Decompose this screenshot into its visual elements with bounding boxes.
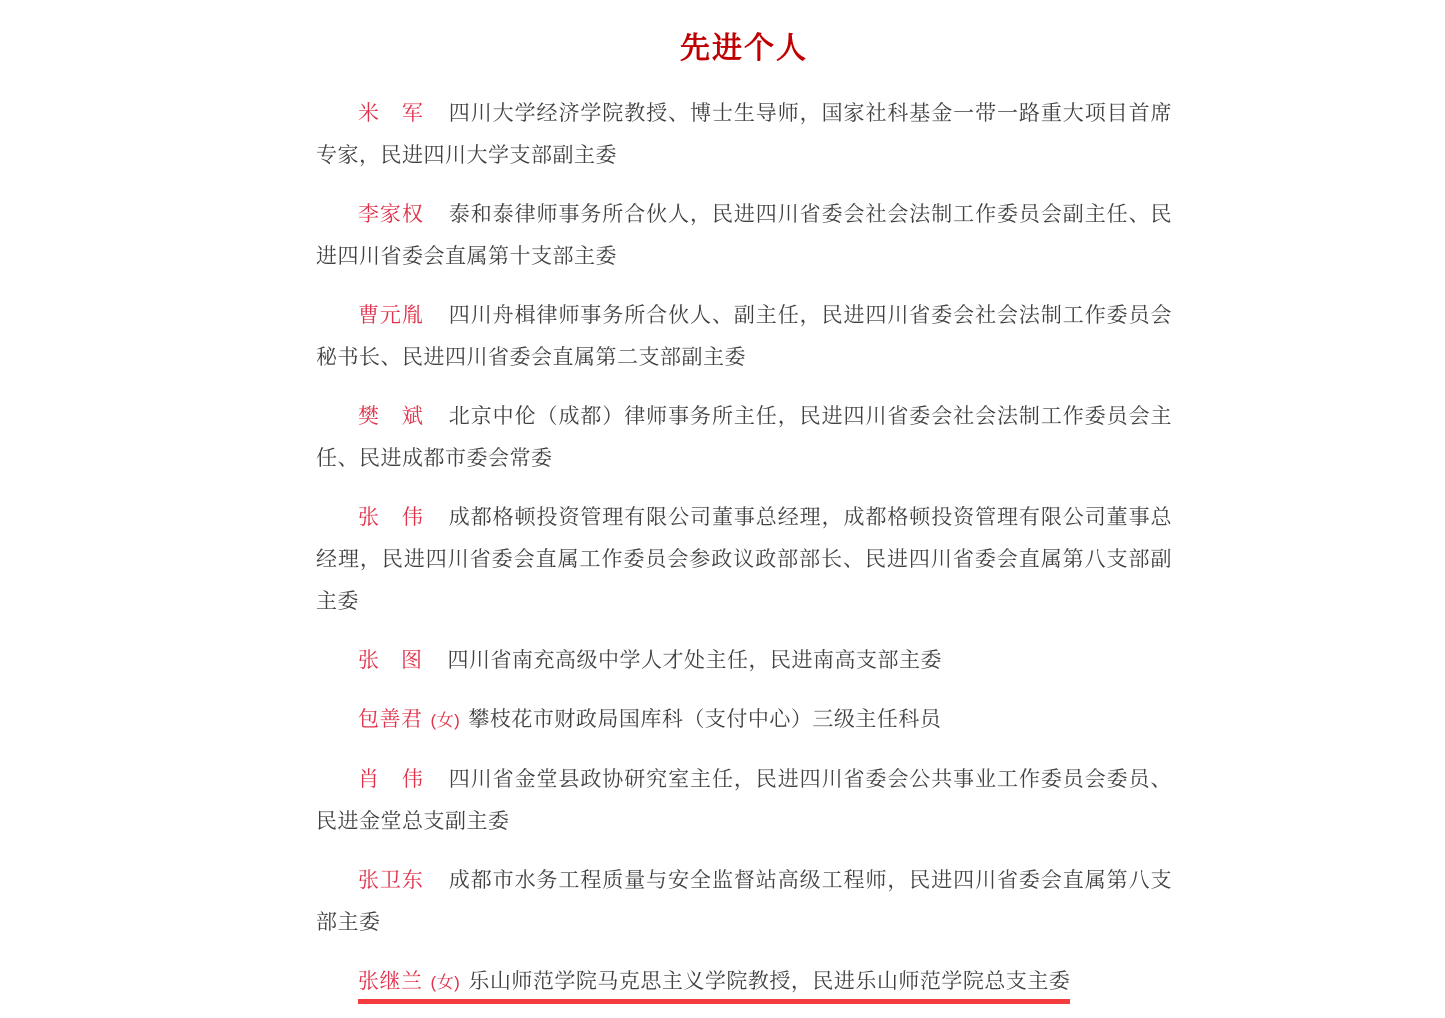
person-entry: 张 图四川省南充高级中学人才处主任，民进南高支部主委	[316, 640, 1172, 682]
person-name: 肖 伟	[358, 768, 424, 791]
person-entry: 包善君(女)攀枝花市财政局国库科（支付中心）三级主任科员	[316, 699, 1172, 742]
person-desc: 成都格顿投资管理有限公司董事总经理，成都格顿投资管理有限公司董事总经理，民进四川…	[316, 506, 1172, 613]
person-desc: 四川省南充高级中学人才处主任，民进南高支部主委	[448, 649, 943, 672]
person-entry: 樊 斌北京中伦（成都）律师事务所主任，民进四川省委会社会法制工作委员会主任、民进…	[316, 396, 1172, 480]
person-name: 张 伟	[358, 506, 424, 529]
gender-suffix: (女)	[431, 711, 461, 730]
person-desc: 四川省金堂县政协研究室主任，民进四川省委会公共事业工作委员会委员、民进金堂总支副…	[316, 768, 1172, 833]
person-name: 樊 斌	[358, 405, 424, 428]
person-entry: 肖 伟四川省金堂县政协研究室主任，民进四川省委会公共事业工作委员会委员、民进金堂…	[316, 759, 1172, 843]
person-name: 张继兰	[358, 970, 423, 993]
person-entry: 张 伟成都格顿投资管理有限公司董事总经理，成都格顿投资管理有限公司董事总经理，民…	[316, 497, 1172, 623]
person-entry: 李家权泰和泰律师事务所合伙人，民进四川省委会社会法制工作委员会副主任、民进四川省…	[316, 194, 1172, 278]
person-entry: 张继兰(女)乐山师范学院马克思主义学院教授，民进乐山师范学院总支主委	[316, 961, 1172, 1004]
person-entry: 米 军四川大学经济学院教授、博士生导师，国家社科基金一带一路重大项目首席专家，民…	[316, 93, 1172, 177]
person-entry: 曹元胤四川舟楫律师事务所合伙人、副主任，民进四川省委会社会法制工作委员会秘书长、…	[316, 295, 1172, 379]
person-desc: 四川舟楫律师事务所合伙人、副主任，民进四川省委会社会法制工作委员会秘书长、民进四…	[316, 304, 1172, 369]
person-desc: 泰和泰律师事务所合伙人，民进四川省委会社会法制工作委员会副主任、民进四川省委会直…	[316, 203, 1172, 268]
person-desc: 成都市水务工程质量与安全监督站高级工程师，民进四川省委会直属第八支部主委	[316, 869, 1172, 934]
person-desc: 北京中伦（成都）律师事务所主任，民进四川省委会社会法制工作委员会主任、民进成都市…	[316, 405, 1172, 470]
article-content: 先进个人 米 军四川大学经济学院教授、博士生导师，国家社科基金一带一路重大项目首…	[316, 33, 1172, 1004]
person-desc: 四川大学经济学院教授、博士生导师，国家社科基金一带一路重大项目首席专家，民进四川…	[316, 102, 1172, 167]
person-name: 包善君	[358, 708, 423, 731]
article-page: 先进个人 米 军四川大学经济学院教授、博士生导师，国家社科基金一带一路重大项目首…	[0, 0, 1445, 1018]
person-desc: 乐山师范学院马克思主义学院教授，民进乐山师范学院总支主委	[468, 970, 1070, 993]
page-title: 先进个人	[316, 33, 1172, 65]
person-name: 张卫东	[358, 869, 424, 892]
underlined-line: 张继兰(女)乐山师范学院马克思主义学院教授，民进乐山师范学院总支主委	[358, 970, 1070, 1004]
person-name: 曹元胤	[358, 304, 424, 327]
gender-suffix: (女)	[431, 973, 461, 992]
person-name: 米 军	[358, 102, 424, 125]
person-name: 张 图	[358, 649, 423, 672]
person-desc: 攀枝花市财政局国库科（支付中心）三级主任科员	[468, 708, 941, 731]
person-name: 李家权	[358, 203, 424, 226]
person-entry: 张卫东成都市水务工程质量与安全监督站高级工程师，民进四川省委会直属第八支部主委	[316, 860, 1172, 944]
